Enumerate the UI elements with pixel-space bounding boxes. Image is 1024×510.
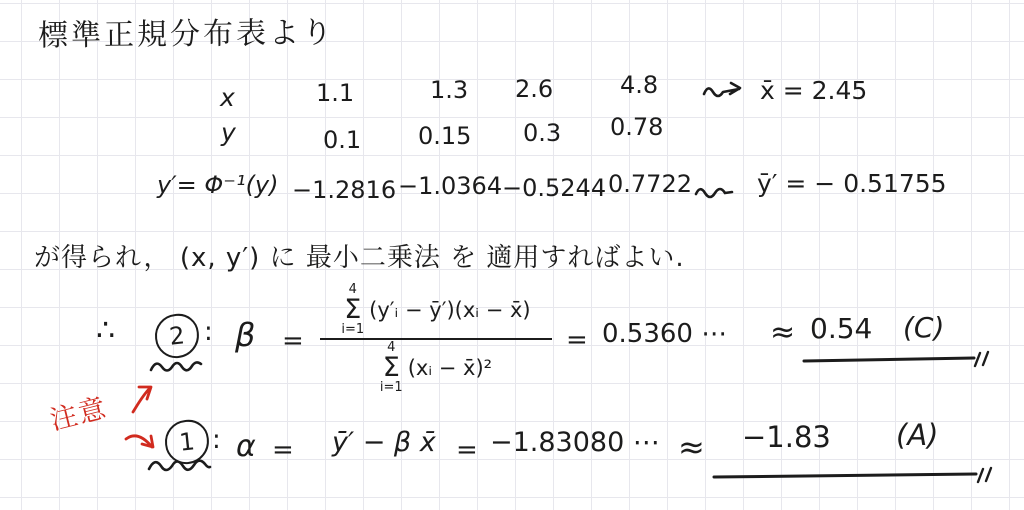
y-prime-mean-value: ȳ′ = − 0.51755 — [757, 170, 947, 198]
x-mean-value: x̄ = 2.45 — [760, 77, 867, 105]
table-cell: 0.7722 — [608, 171, 692, 197]
alpha-symbol: α — [236, 430, 256, 463]
grid-paper-sheet: 標準正規分布表より x 1.1 1.3 2.6 4.8 x̄ = 2.45 y … — [0, 0, 1024, 510]
circled-step-2: 2 — [153, 312, 201, 360]
equals-sign: = — [566, 326, 588, 355]
table-cell: 0.1 — [323, 127, 361, 153]
sum-symbol: 4 Σ i=1 — [380, 341, 403, 394]
table-cell: −1.0364 — [398, 173, 502, 199]
table-cell: 2.6 — [515, 76, 553, 102]
table-row-label-y: y — [221, 119, 236, 147]
fraction-denominator: 4 Σ i=1 (xᵢ − x̄)² — [320, 341, 552, 394]
table-cell: 1.1 — [316, 80, 354, 106]
page-title: 標準正規分布表より — [38, 16, 335, 52]
beta-fraction: 4 Σ i=1 (y′ᵢ − ȳ′)(xᵢ − x̄) 4 Σ i=1 (xᵢ … — [320, 283, 552, 394]
equals-sign: = — [456, 436, 478, 465]
approx-symbol: ≈ — [770, 316, 795, 349]
colon: : — [204, 318, 213, 347]
table-cell: −1.2816 — [292, 177, 396, 203]
caution-note: 注意 — [47, 393, 110, 436]
wave-arrow-icon — [694, 182, 734, 202]
approx-symbol: ≈ — [678, 430, 705, 465]
answer-underline-icon — [712, 462, 1002, 490]
answer-choice-c: (C) — [903, 313, 944, 344]
answer-underline-icon — [802, 348, 998, 374]
sigma-symbol: Σ — [383, 354, 400, 381]
therefore-symbol: ∴ — [96, 314, 115, 347]
fraction-numerator: 4 Σ i=1 (y′ᵢ − ȳ′)(xᵢ − x̄) — [320, 283, 552, 336]
beta-rounded-value: 0.54 — [810, 314, 872, 345]
numerator-expression: (y′ᵢ − ȳ′)(xᵢ − x̄) — [369, 298, 530, 322]
sigma-symbol: Σ — [344, 296, 361, 323]
alpha-result-value: −1.83080 ⋯ — [490, 428, 660, 458]
squiggle-underline-icon — [148, 356, 204, 378]
sum-symbol: 4 Σ i=1 — [341, 283, 364, 336]
answer-choice-a: (A) — [896, 420, 938, 452]
colon: : — [212, 426, 221, 455]
equals-sign: = — [272, 436, 294, 465]
table-row-label-x: x — [220, 84, 235, 112]
beta-symbol: β — [235, 318, 255, 353]
denominator-expression: (xᵢ − x̄)² — [408, 356, 492, 380]
table-cell: 1.3 — [430, 77, 468, 103]
red-arrow-up-right-icon — [128, 380, 158, 416]
step-1-number: 1 — [178, 427, 196, 456]
beta-result-value: 0.5360 ⋯ — [602, 320, 727, 349]
table-cell: 0.15 — [418, 123, 471, 149]
sum-lower-limit: i=1 — [341, 323, 364, 336]
sum-lower-limit: i=1 — [380, 381, 403, 394]
alpha-expression: ȳ′ − β x̄ — [332, 428, 436, 458]
explanation-sentence: が得られ， (x, y′) に 最小二乗法 を 適用すればよい. — [34, 244, 685, 273]
wave-arrow-icon — [702, 80, 746, 102]
equals-sign: = — [282, 327, 304, 356]
table-cell: 0.3 — [523, 120, 561, 146]
table-cell: −0.5244 — [502, 175, 606, 201]
table-cell: 0.78 — [610, 114, 663, 140]
alpha-rounded-value: −1.83 — [742, 422, 831, 454]
table-cell: 4.8 — [620, 72, 658, 98]
fraction-bar — [320, 338, 552, 340]
table-row-label-y-prime: y′= Φ⁻¹(y) — [157, 172, 279, 198]
squiggle-underline-icon — [146, 454, 212, 478]
step-2-number: 2 — [168, 321, 186, 350]
